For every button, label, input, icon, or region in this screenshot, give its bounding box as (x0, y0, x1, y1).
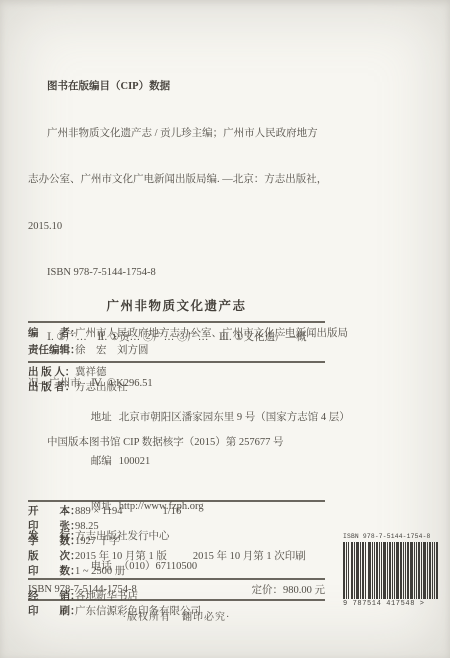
isbn-barcode: ISBN 978-7-5144-1754-8 9 787514 417548 > (343, 533, 445, 608)
cip-description-line: 广州非物质文化遗产志 / 贡儿珍主编；广州市人民政府地方 (28, 126, 333, 142)
barcode-digits: 9 787514 417548 > (343, 600, 445, 608)
publisher-person-label: 出 版 人： (28, 366, 75, 381)
word-count-row: 字 数： 1927 千字 (28, 534, 328, 549)
sheets-row: 印 张： 98.25 (28, 519, 328, 534)
publisher-row: 出 版 者： 方志出版社 (28, 381, 328, 396)
print-run-label: 印 数： (28, 564, 75, 579)
editors-section: 编 者： 广州市人民政府地方志办公室、广州市文化广电新闻出版局 责任编辑： 徐 … (28, 326, 328, 359)
publisher-person-row: 出 版 人： 冀祥德 (28, 366, 328, 381)
divider-rule (28, 361, 325, 363)
publisher-label: 出 版 者： (28, 381, 75, 396)
cip-description-line: 志办公室、广州市文化广电新闻出版局编. —北京：方志出版社， (28, 172, 333, 188)
price-label: 定价： (252, 585, 284, 596)
publisher-person-value: 冀祥德 (75, 366, 107, 381)
cip-header: 图书在版编目（CIP）数据 (28, 79, 333, 95)
format-section: 开 本： 889 × 1194 1/16 印 张： 98.25 字 数： 192… (28, 504, 328, 579)
managing-editor-label: 责任编辑： (28, 343, 75, 360)
print-run-row: 印 数： 1 ~ 2500 册 (28, 564, 328, 579)
copyright-notice: ·版权所有 翻印必究· (28, 608, 325, 623)
address-row: 地址北京市朝阳区潘家园东里 9 号（国家方志馆 4 层） (28, 396, 328, 441)
format-row: 开 本： 889 × 1194 1/16 (28, 504, 328, 519)
book-copyright-page: 图书在版编目（CIP）数据 广州非物质文化遗产志 / 贡儿珍主编；广州市人民政府… (0, 0, 450, 658)
price-value: 980.00 元 (283, 585, 325, 596)
sheets-value: 98.25 (75, 519, 99, 534)
edition-row: 版 次： 2015 年 10 月第 1 版 2015 年 10 月第 1 次印刷 (28, 549, 328, 564)
edition-label: 版 次： (28, 549, 75, 564)
cip-isbn-line: ISBN 978-7-5144-1754-8 (28, 265, 333, 281)
format-value: 889 × 1194 (75, 504, 123, 519)
postcode-value: 100021 (119, 456, 151, 467)
barcode-bars-icon (343, 542, 439, 599)
editor-label: 编 者： (28, 326, 75, 343)
address-label: 地址 (91, 412, 112, 423)
word-count-label: 字 数： (28, 534, 75, 549)
format-fraction: 1/16 (163, 504, 182, 519)
managing-editor-row: 责任编辑： 徐 宏 刘方圆 (28, 343, 328, 360)
postcode-row: 邮编100021 (28, 441, 328, 486)
publisher-value: 方志出版社 (75, 381, 128, 396)
cip-description-line: 2015.10 (28, 219, 333, 235)
sheets-label: 印 张： (28, 519, 75, 534)
word-count-value: 1927 千字 (75, 534, 120, 549)
format-label: 开 本： (28, 504, 75, 519)
isbn-price-row: ISBN 978-7-5144-1754-8 定价：980.00 元 (28, 580, 325, 599)
price: 定价：980.00 元 (252, 582, 326, 597)
impression-value: 2015 年 10 月第 1 次印刷 (193, 549, 306, 564)
print-run-value: 1 ~ 2500 册 (75, 564, 125, 579)
address-value: 北京市朝阳区潘家园东里 9 号（国家方志馆 4 层） (119, 412, 350, 423)
book-title: 广州非物质文化遗产志 (28, 296, 325, 314)
managing-editor-value: 徐 宏 刘方圆 (75, 343, 149, 360)
barcode-isbn-text: ISBN 978-7-5144-1754-8 (343, 533, 445, 540)
edition-value: 2015 年 10 月第 1 版 (75, 549, 167, 564)
editor-row: 编 者： 广州市人民政府地方志办公室、广州市文化广电新闻出版局 (28, 326, 328, 343)
isbn-full: ISBN 978-7-5144-1754-8 (28, 584, 137, 595)
divider-rule (28, 321, 325, 323)
postcode-label: 邮编 (91, 456, 112, 467)
editor-value: 广州市人民政府地方志办公室、广州市文化广电新闻出版局 (75, 326, 348, 343)
